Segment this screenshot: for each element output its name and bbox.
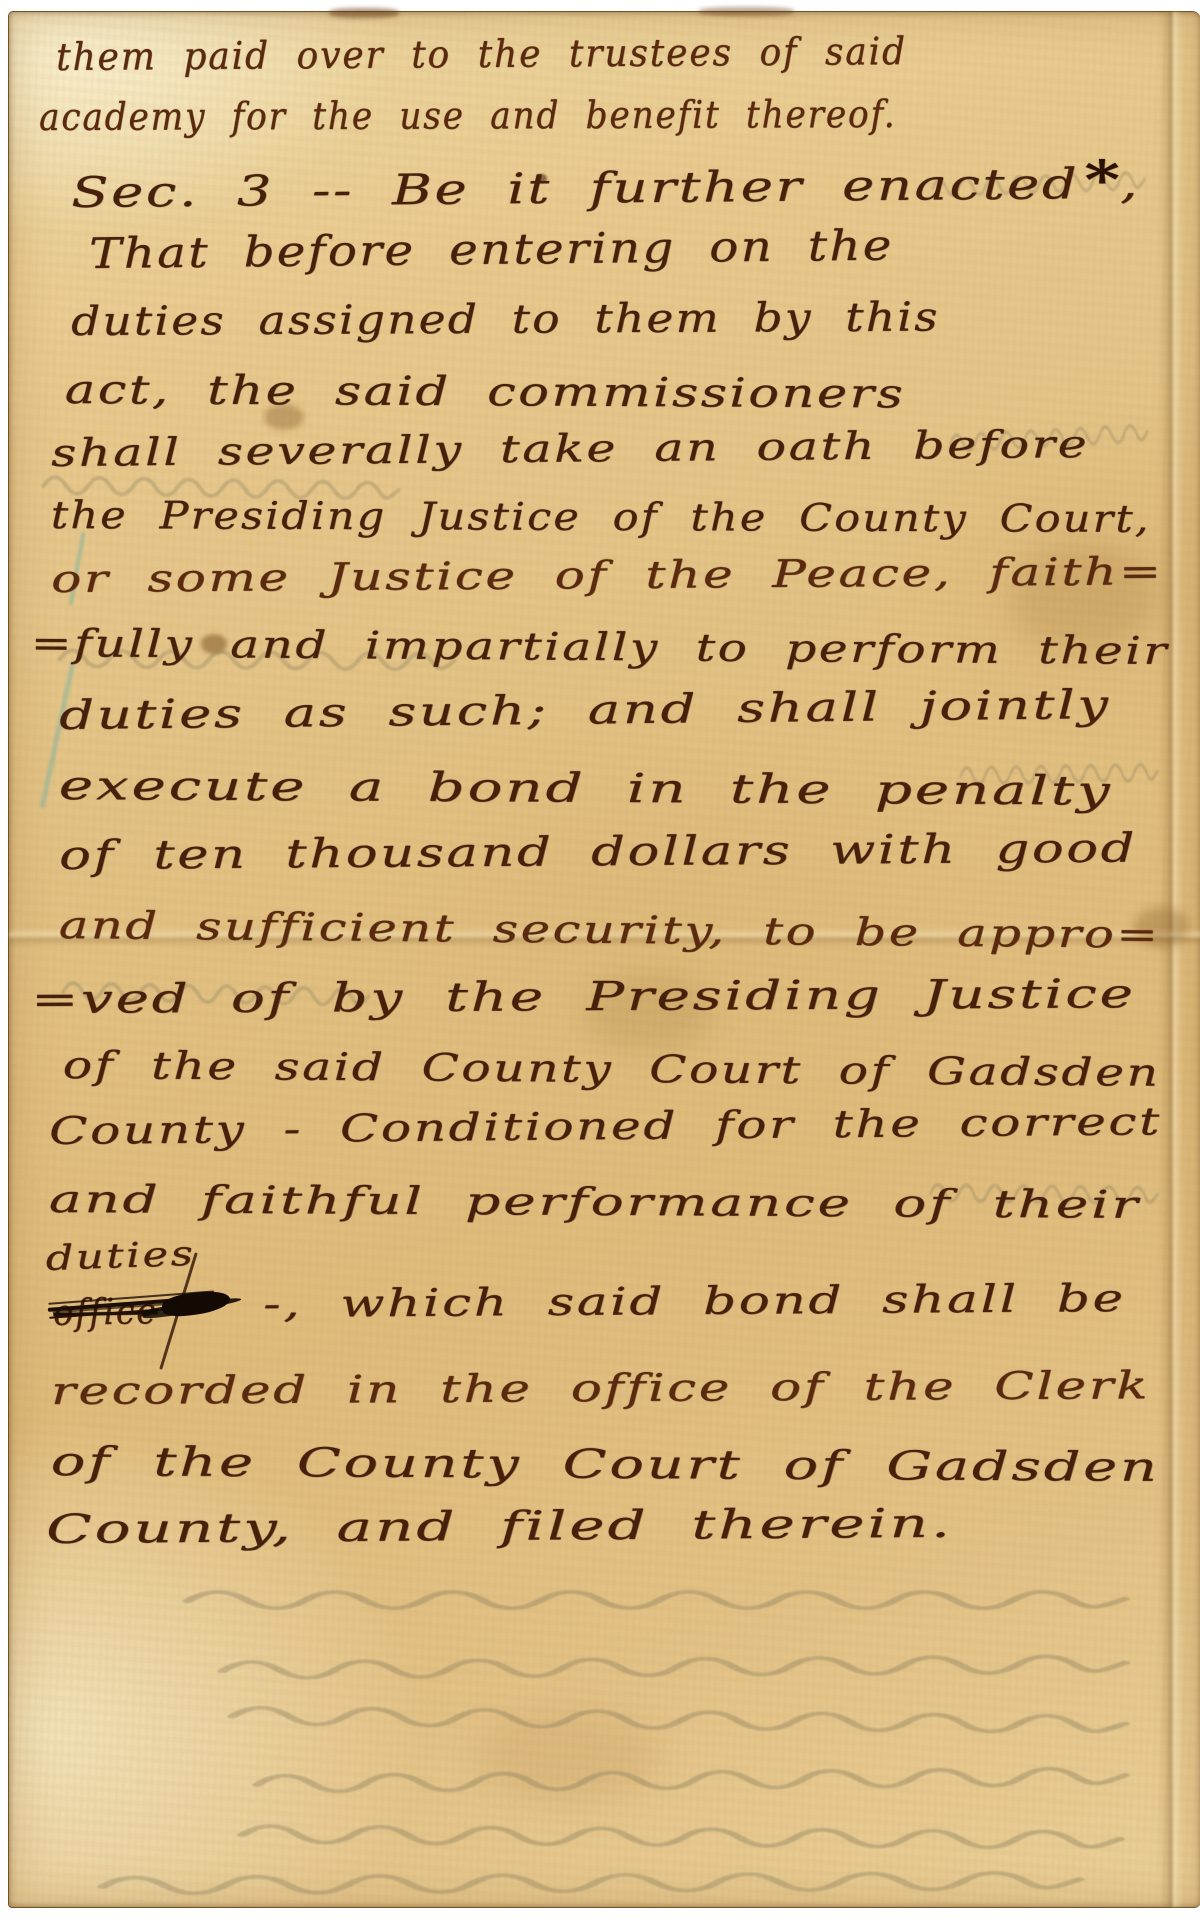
manuscript-line: -, which said bond shall be [263,1276,1126,1326]
manuscript-line: of ten thousand dollars with good [59,825,1137,879]
stain-blotch [329,8,399,18]
bleedthrough-ghost-line [216,1650,1131,1682]
struck-word: office [53,1291,158,1334]
bleedthrough-ghost-line [181,1586,1131,1612]
bleedthrough-ghost-line [96,1866,1086,1897]
asterisk-mark: * [1084,150,1120,211]
manuscript-line: or some Justice of the Peace, faith= [51,549,1164,601]
manuscript-line: County - Conditioned for the correct [49,1099,1162,1153]
manuscript-line: execute a bond in the penalty [59,763,1113,815]
vertical-fold-crease [1159,12,1183,1907]
manuscript-line: act, the said commissioners [65,367,906,417]
manuscript-line: shall severally take an oath before [51,422,1089,475]
inserted-word: duties [45,1234,196,1279]
manuscript-line: and faithful performance of their [49,1177,1141,1227]
bleedthrough-ghost-line [226,1701,1131,1736]
manuscript-line: them paid over to the trustees of said [56,29,907,79]
manuscript-line: That before entering on the [89,221,894,278]
manuscript-line: =ved of by the Presiding Justice [31,971,1136,1023]
manuscript-line: and sufficient security, to be appro= [59,903,1161,957]
section-heading-text: Sec. 3 -- Be it further enacted [71,159,1079,217]
struck-word-text: office [53,1291,158,1334]
manuscript-line: County, and filed therein. [46,1501,953,1553]
stain-blotch [699,7,794,16]
manuscript-line: academy for the use and benefit thereof. [39,92,897,139]
bleedthrough-ghost-line [236,1820,1126,1852]
manuscript-line: duties as such; and shall jointly [59,682,1111,739]
bleedthrough-ghost-line [251,1762,1131,1796]
section-heading-comma: , [1120,159,1140,208]
manuscript-line: the Presiding Justice of the County Cour… [51,493,1151,541]
ink-blot [161,1288,231,1319]
manuscript-line: =fully and impartially to perform their [31,621,1169,673]
manuscript-line: of the County Court of Gadsden [51,1439,1160,1491]
manuscript-line: recorded in the office of the Clerk [51,1363,1150,1413]
manuscript-line: duties assigned to them by this [71,294,940,345]
manuscript-line-section-heading: Sec. 3 -- Be it further enacted*, [71,150,1140,220]
manuscript-line: of the said County Court of Gadsden [63,1043,1161,1095]
manuscript-page: them paid over to the trustees of said a… [8,11,1200,1908]
